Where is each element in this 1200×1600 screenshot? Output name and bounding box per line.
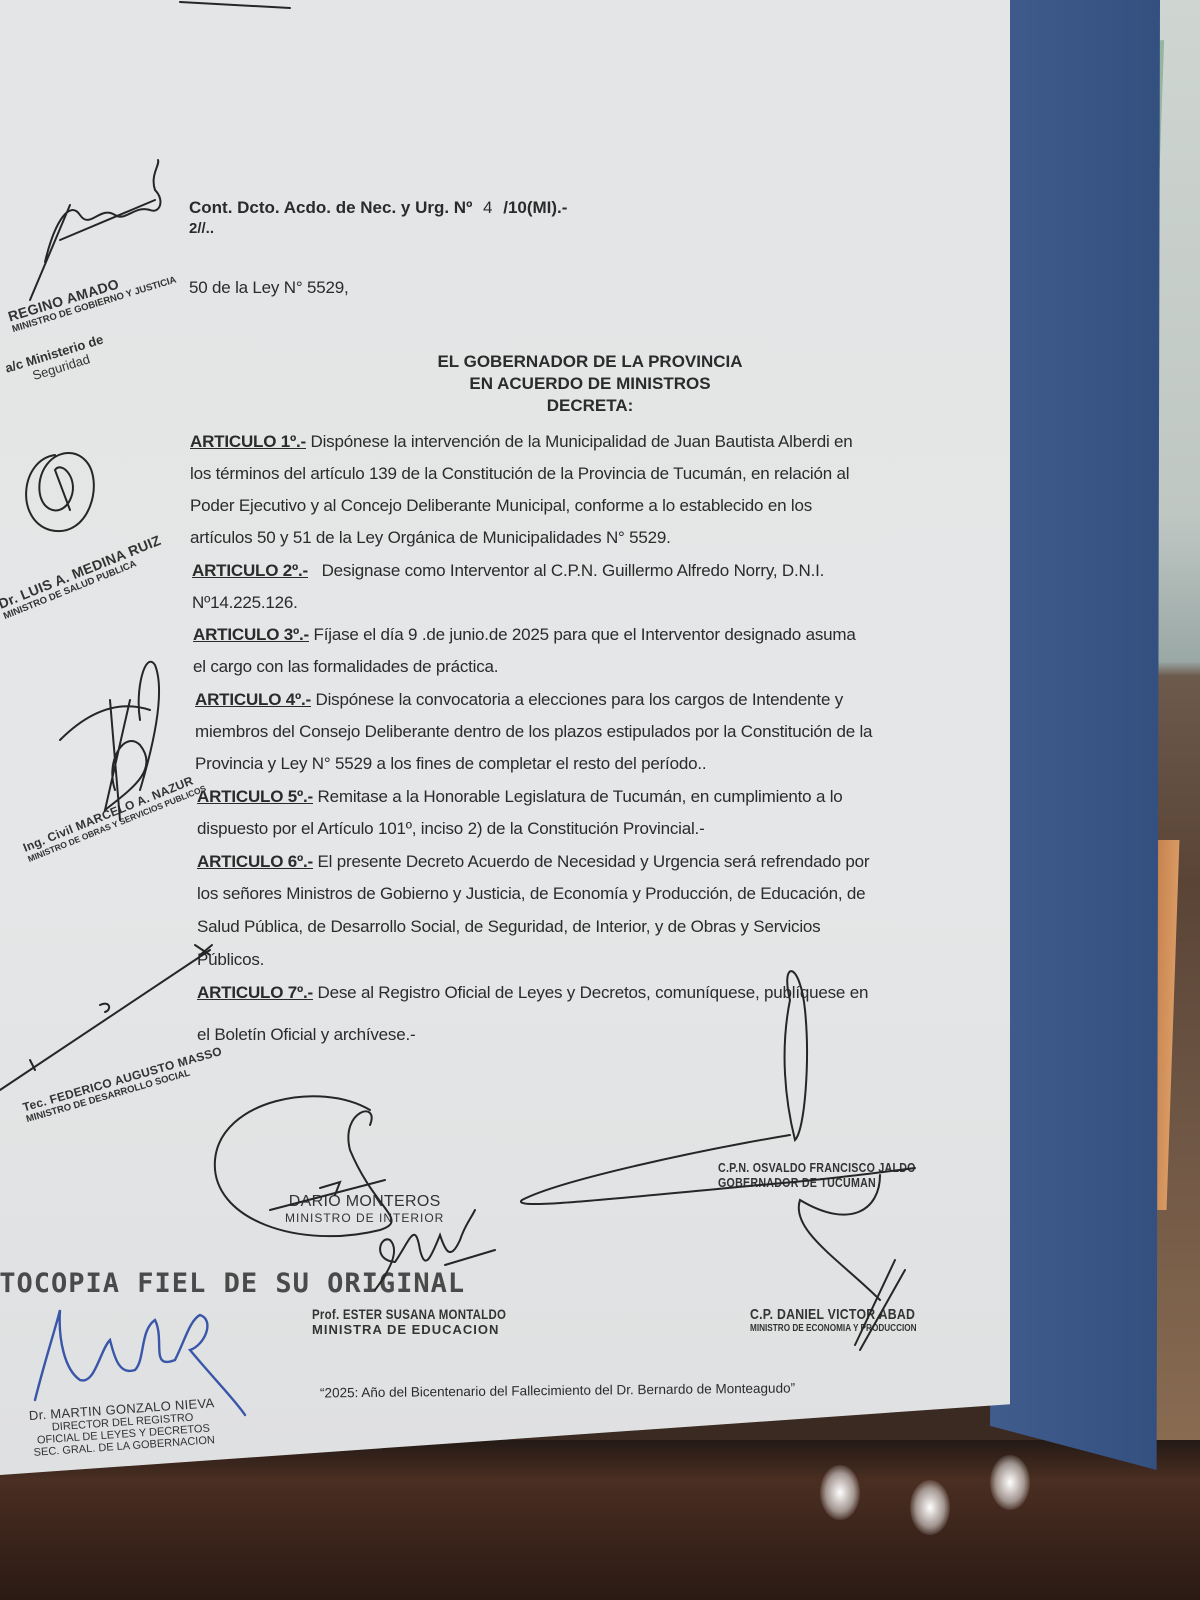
light-reflection	[820, 1465, 860, 1520]
light-reflection	[910, 1480, 950, 1535]
blue-ink-signature	[0, 0, 1010, 1475]
nieva-signature	[35, 1310, 245, 1415]
blue-folder	[990, 0, 1160, 1470]
decree-page: Cont. Dcto. Acdo. de Nec. y Urg. Nº 4 /1…	[0, 0, 1010, 1475]
light-reflection	[990, 1455, 1030, 1510]
